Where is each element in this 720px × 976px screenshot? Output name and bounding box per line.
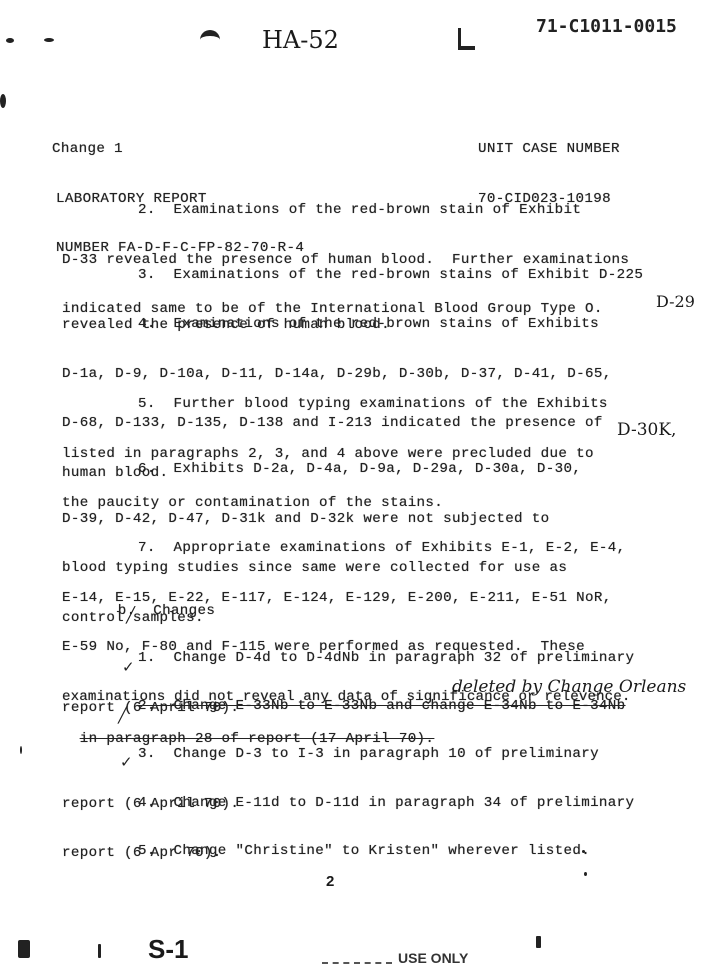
handwritten-code: HA-52	[262, 26, 339, 54]
scan-mark-icon	[458, 28, 475, 50]
paragraph-number: 6.	[62, 461, 156, 477]
paragraph-number: 7.	[62, 540, 156, 556]
bottom-center-text: USE ONLY	[398, 950, 468, 966]
scan-speck	[584, 872, 587, 876]
scan-mark-icon	[200, 30, 220, 50]
scan-speck	[44, 38, 54, 42]
paragraph-number: 5.	[62, 396, 156, 412]
scan-speck	[6, 38, 14, 43]
scan-speck	[536, 936, 541, 948]
change-item-5: 5. Change "Christine" to Kristen" wherev…	[62, 810, 590, 876]
page-number: 2	[326, 873, 334, 890]
handwritten-addition-d29: D-29	[656, 292, 695, 311]
change-label: Change 1	[52, 141, 304, 158]
paragraph-number: 2.	[62, 202, 156, 218]
case-number-label: UNIT CASE NUMBER	[478, 141, 620, 158]
bottom-left-mark: S-1	[148, 934, 188, 965]
scan-speck	[0, 94, 6, 108]
scan-speck	[20, 746, 22, 754]
handwritten-deletion-note: deleted by Change Orleans	[452, 677, 686, 697]
document-stamp-number: 71-C1011-0015	[536, 16, 677, 37]
scan-speck	[582, 850, 585, 853]
paragraph-number: 3.	[62, 267, 156, 283]
paragraph-number: 4.	[62, 316, 156, 332]
footer-dashes	[322, 962, 392, 964]
changes-heading: b. Changes	[100, 587, 215, 619]
scan-speck	[18, 940, 30, 958]
scan-speck	[98, 944, 101, 958]
handwritten-addition-d30k: D-30K,	[617, 420, 676, 440]
